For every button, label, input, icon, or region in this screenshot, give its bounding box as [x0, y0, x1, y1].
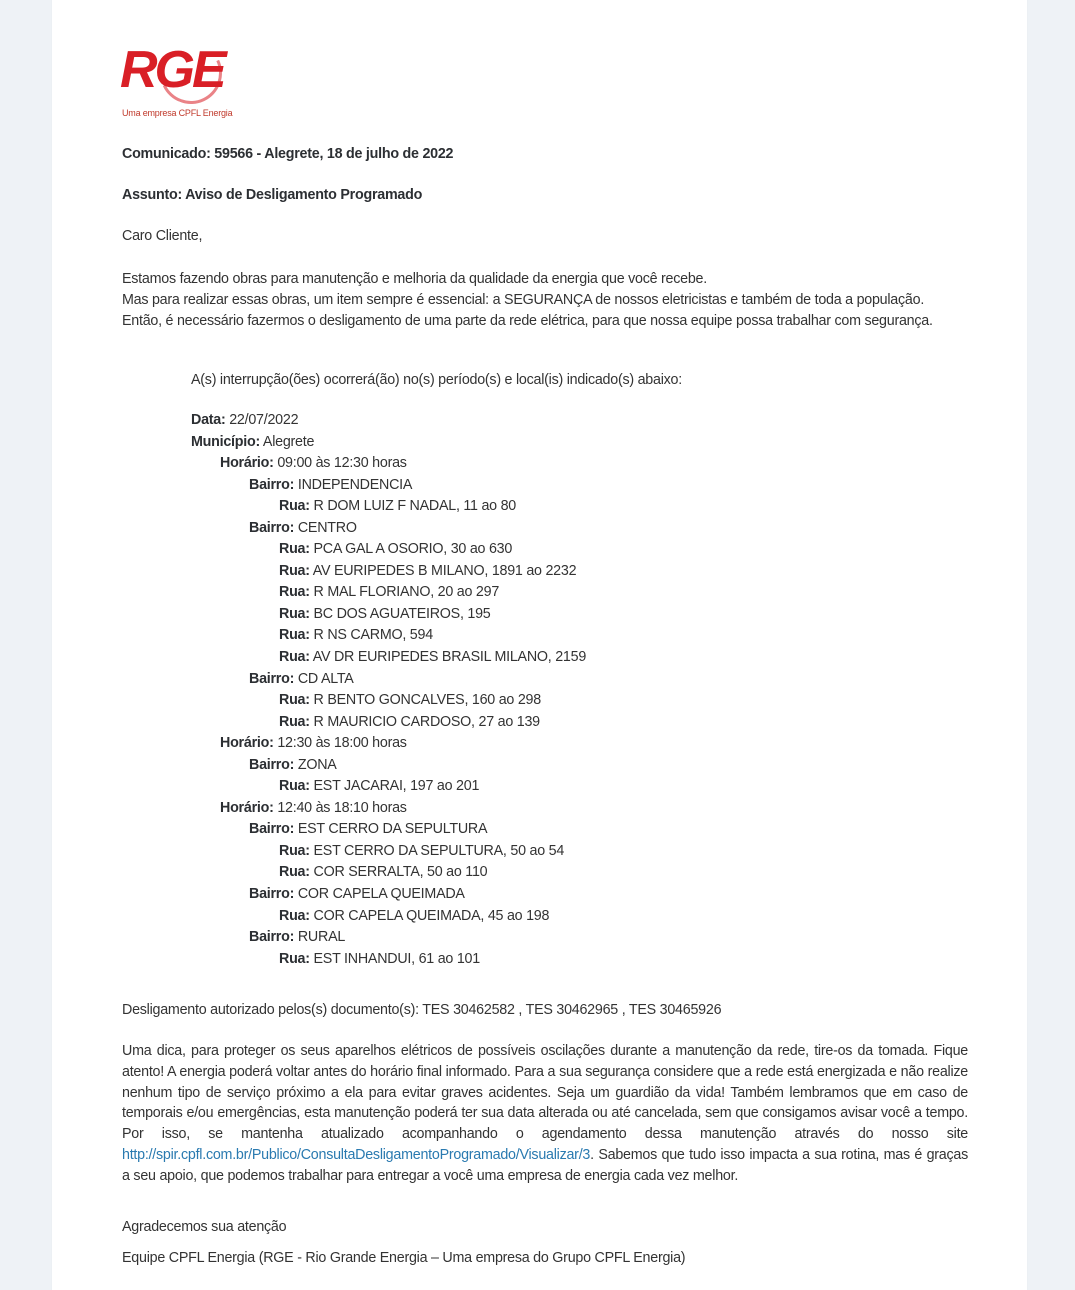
rua-value: AV DR EURIPEDES BRASIL MILANO, 2159	[313, 649, 586, 665]
authorization-text: Desligamento autorizado pelos(s) documen…	[122, 1002, 721, 1018]
bairro-label: Bairro:	[249, 757, 294, 773]
rua-row: Rua: AV DR EURIPEDES BRASIL MILANO, 2159	[191, 647, 586, 669]
rua-value: R DOM LUIZ F NADAL, 11 ao 80	[314, 498, 517, 514]
horario-value: 12:30 às 18:00 horas	[277, 735, 406, 751]
rua-row: Rua: PCA GAL A OSORIO, 30 ao 630	[191, 539, 586, 561]
greeting: Caro Cliente,	[122, 228, 202, 244]
logo-tagline: Uma empresa CPFL Energia	[122, 108, 232, 118]
bairro-value: INDEPENDENCIA	[298, 477, 412, 493]
bairro-value: CD ALTA	[298, 671, 354, 687]
date-label: Data:	[191, 412, 226, 428]
bairro-row: Bairro: COR CAPELA QUEIMADA	[191, 884, 586, 906]
rua-label: Rua:	[279, 563, 310, 579]
bairro-row: Bairro: EST CERRO DA SEPULTURA	[191, 819, 586, 841]
rua-value: AV EURIPEDES B MILANO, 1891 ao 2232	[313, 563, 577, 579]
rua-label: Rua:	[279, 606, 310, 622]
intro-line-3: Então, é necessário fazermos o desligame…	[122, 313, 933, 329]
date-value: 22/07/2022	[229, 412, 298, 428]
bairro-label: Bairro:	[249, 821, 294, 837]
horario-label: Horário:	[220, 455, 274, 471]
rua-label: Rua:	[279, 951, 310, 967]
horario-value: 12:40 às 18:10 horas	[277, 800, 406, 816]
rua-row: Rua: AV EURIPEDES B MILANO, 1891 ao 2232	[191, 561, 586, 583]
municipio-label: Município:	[191, 434, 260, 450]
bairro-label: Bairro:	[249, 929, 294, 945]
rua-value: COR CAPELA QUEIMADA, 45 ao 198	[314, 908, 550, 924]
rua-label: Rua:	[279, 864, 310, 880]
rua-label: Rua:	[279, 627, 310, 643]
assunto-heading: Assunto: Aviso de Desligamento Programad…	[122, 187, 422, 203]
rua-row: Rua: EST CERRO DA SEPULTURA, 50 ao 54	[191, 841, 586, 863]
bairro-label: Bairro:	[249, 886, 294, 902]
rua-value: PCA GAL A OSORIO, 30 ao 630	[314, 541, 513, 557]
comunicado-heading: Comunicado: 59566 - Alegrete, 18 de julh…	[122, 146, 453, 162]
rua-label: Rua:	[279, 541, 310, 557]
interruption-intro: A(s) interrupção(ões) ocorrerá(ão) no(s)…	[191, 372, 682, 388]
rua-label: Rua:	[279, 584, 310, 600]
rua-value: R BENTO GONCALVES, 160 ao 298	[314, 692, 541, 708]
rua-label: Rua:	[279, 498, 310, 514]
rua-value: EST INHANDUI, 61 ao 101	[314, 951, 480, 967]
bairro-row: Bairro: INDEPENDENCIA	[191, 475, 586, 497]
horario-label: Horário:	[220, 800, 274, 816]
horarios-list: Horário: 09:00 às 12:30 horasBairro: IND…	[191, 453, 586, 970]
rua-value: EST CERRO DA SEPULTURA, 50 ao 54	[314, 843, 565, 859]
bairro-value: RURAL	[298, 929, 345, 945]
rua-row: Rua: R MAL FLORIANO, 20 ao 297	[191, 582, 586, 604]
rua-row: Rua: EST INHANDUI, 61 ao 101	[191, 949, 586, 971]
email-page: RGE Uma empresa CPFL Energia Comunicado:…	[52, 0, 1027, 1290]
tip-paragraph: Uma dica, para proteger os seus aparelho…	[122, 1041, 968, 1187]
rua-label: Rua:	[279, 778, 310, 794]
rua-value: EST JACARAI, 197 ao 201	[314, 778, 480, 794]
schedule-tree: Data: 22/07/2022 Município: Alegrete Hor…	[191, 410, 586, 970]
rua-row: Rua: COR SERRALTA, 50 ao 110	[191, 862, 586, 884]
bairro-row: Bairro: CENTRO	[191, 518, 586, 540]
rua-row: Rua: BC DOS AGUATEIROS, 195	[191, 604, 586, 626]
rua-row: Rua: R BENTO GONCALVES, 160 ao 298	[191, 690, 586, 712]
bairro-label: Bairro:	[249, 520, 294, 536]
bairro-value: ZONA	[298, 757, 337, 773]
municipio-row: Município: Alegrete	[191, 432, 586, 454]
logo-brand: RGE	[120, 38, 224, 102]
rua-value: R MAL FLORIANO, 20 ao 297	[314, 584, 500, 600]
rua-row: Rua: R DOM LUIZ F NADAL, 11 ao 80	[191, 496, 586, 518]
municipio-value: Alegrete	[263, 434, 314, 450]
bairro-label: Bairro:	[249, 671, 294, 687]
horario-value: 09:00 às 12:30 horas	[277, 455, 406, 471]
rua-value: COR SERRALTA, 50 ao 110	[314, 864, 488, 880]
intro-paragraph: Estamos fazendo obras para manutenção e …	[122, 269, 968, 331]
rua-label: Rua:	[279, 692, 310, 708]
rua-row: Rua: COR CAPELA QUEIMADA, 45 ao 198	[191, 906, 586, 928]
rua-value: BC DOS AGUATEIROS, 195	[314, 606, 491, 622]
bairro-row: Bairro: RURAL	[191, 927, 586, 949]
closing-signature: Equipe CPFL Energia (RGE - Rio Grande En…	[122, 1250, 685, 1266]
date-row: Data: 22/07/2022	[191, 410, 586, 432]
intro-line-2: Mas para realizar essas obras, um item s…	[122, 290, 968, 311]
bairro-value: CENTRO	[298, 520, 357, 536]
horario-row: Horário: 09:00 às 12:30 horas	[191, 453, 586, 475]
bairro-label: Bairro:	[249, 477, 294, 493]
rua-label: Rua:	[279, 714, 310, 730]
rge-logo: RGE Uma empresa CPFL Energia	[120, 38, 260, 122]
horario-row: Horário: 12:30 às 18:00 horas	[191, 733, 586, 755]
bairro-row: Bairro: CD ALTA	[191, 669, 586, 691]
rua-row: Rua: EST JACARAI, 197 ao 201	[191, 776, 586, 798]
rua-label: Rua:	[279, 649, 310, 665]
bairro-value: EST CERRO DA SEPULTURA	[298, 821, 487, 837]
rua-value: R MAURICIO CARDOSO, 27 ao 139	[314, 714, 540, 730]
rua-row: Rua: R MAURICIO CARDOSO, 27 ao 139	[191, 712, 586, 734]
rua-row: Rua: R NS CARMO, 594	[191, 625, 586, 647]
rua-label: Rua:	[279, 843, 310, 859]
rua-label: Rua:	[279, 908, 310, 924]
bairro-value: COR CAPELA QUEIMADA	[298, 886, 465, 902]
bairro-row: Bairro: ZONA	[191, 755, 586, 777]
rua-value: R NS CARMO, 594	[314, 627, 433, 643]
tip-text: Uma dica, para proteger os seus aparelho…	[122, 1043, 968, 1142]
schedule-link[interactable]: http://spir.cpfl.com.br/Publico/Consulta…	[122, 1147, 590, 1163]
horario-label: Horário:	[220, 735, 274, 751]
intro-line-1: Estamos fazendo obras para manutenção e …	[122, 269, 968, 290]
closing-thanks: Agradecemos sua atenção	[122, 1219, 286, 1235]
horario-row: Horário: 12:40 às 18:10 horas	[191, 798, 586, 820]
